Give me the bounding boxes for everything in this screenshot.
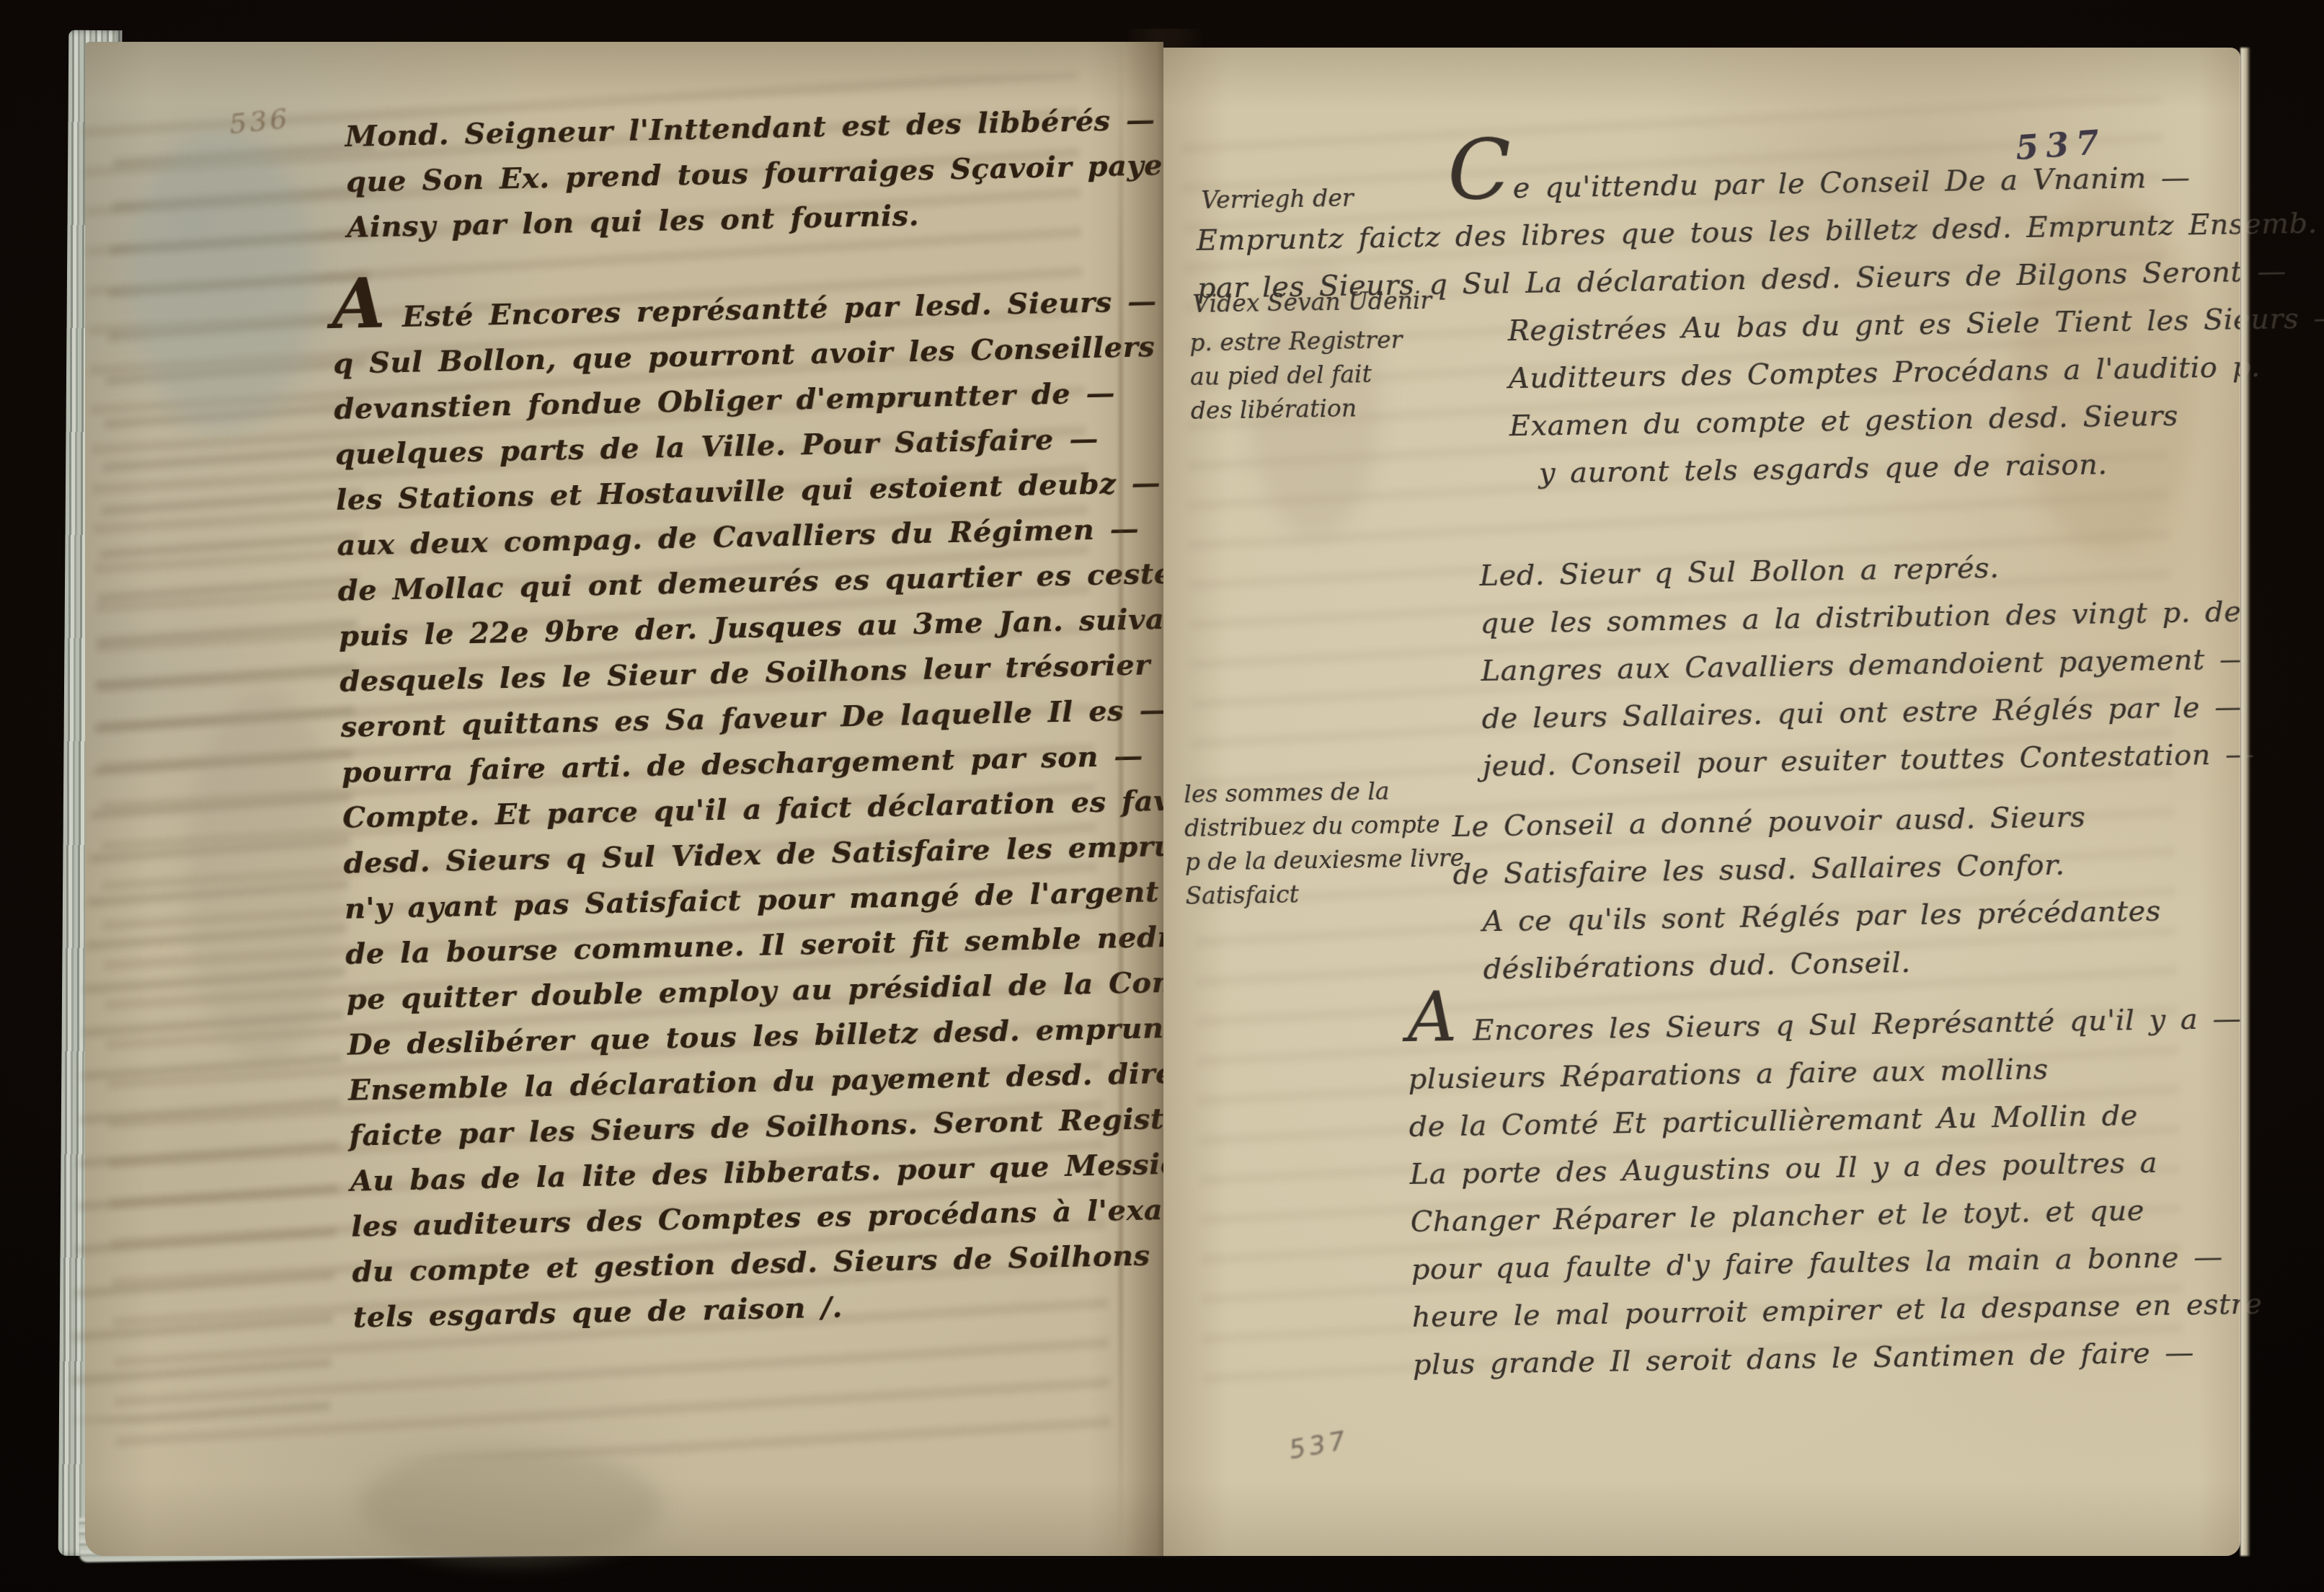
right-paragraph-4: A Encores les Sieurs q Sul Représantté q… xyxy=(1407,991,2242,1389)
manuscript-text-line: p de la deuxiesme livre xyxy=(1184,841,1464,879)
left-paragraph-1: Mond. Seigneur l'Inttendant est des libb… xyxy=(345,97,1148,250)
manuscript-text-line: y auront tels esgards que de raison. xyxy=(1538,438,2231,497)
stain xyxy=(128,128,316,431)
manuscript-text-line: distribuez du compte xyxy=(1184,807,1464,845)
right-page: 537 Verriegh der Videx Sevan Udenir p. e… xyxy=(1163,48,2240,1556)
margin-note-4: les sommes de ladistribuez du comptep de… xyxy=(1184,773,1465,913)
left-page: 536 Mond. Seigneur l'Inttendant est des … xyxy=(85,42,1163,1556)
left-page-number: 536 xyxy=(228,102,292,141)
right-paragraph-3: Le Conseil a donné pouvoir ausd. Sieursd… xyxy=(1452,791,2233,994)
pencil-page-number: 537 xyxy=(1287,1425,1352,1465)
manuscript-text-line: les sommes de la xyxy=(1184,773,1463,811)
manuscript-text-line: Satisfaict xyxy=(1185,875,1465,913)
right-paragraph-1: Ce qu'ittendu par le Conseil De a Vnanim… xyxy=(1195,144,2231,503)
manuscript-photo: 536 Mond. Seigneur l'Inttendant est des … xyxy=(0,0,2324,1592)
right-paragraph-2: Led. Sieur q Sul Bollon a représ.que les… xyxy=(1479,541,2232,790)
stain xyxy=(186,691,345,1066)
left-paragraph-2: A Esté Encores représantté par lesd. Sie… xyxy=(332,273,1175,1340)
gutter-crease xyxy=(1119,43,1123,1550)
stain xyxy=(359,1448,662,1563)
bleed-through-margin-texture xyxy=(70,124,375,1430)
